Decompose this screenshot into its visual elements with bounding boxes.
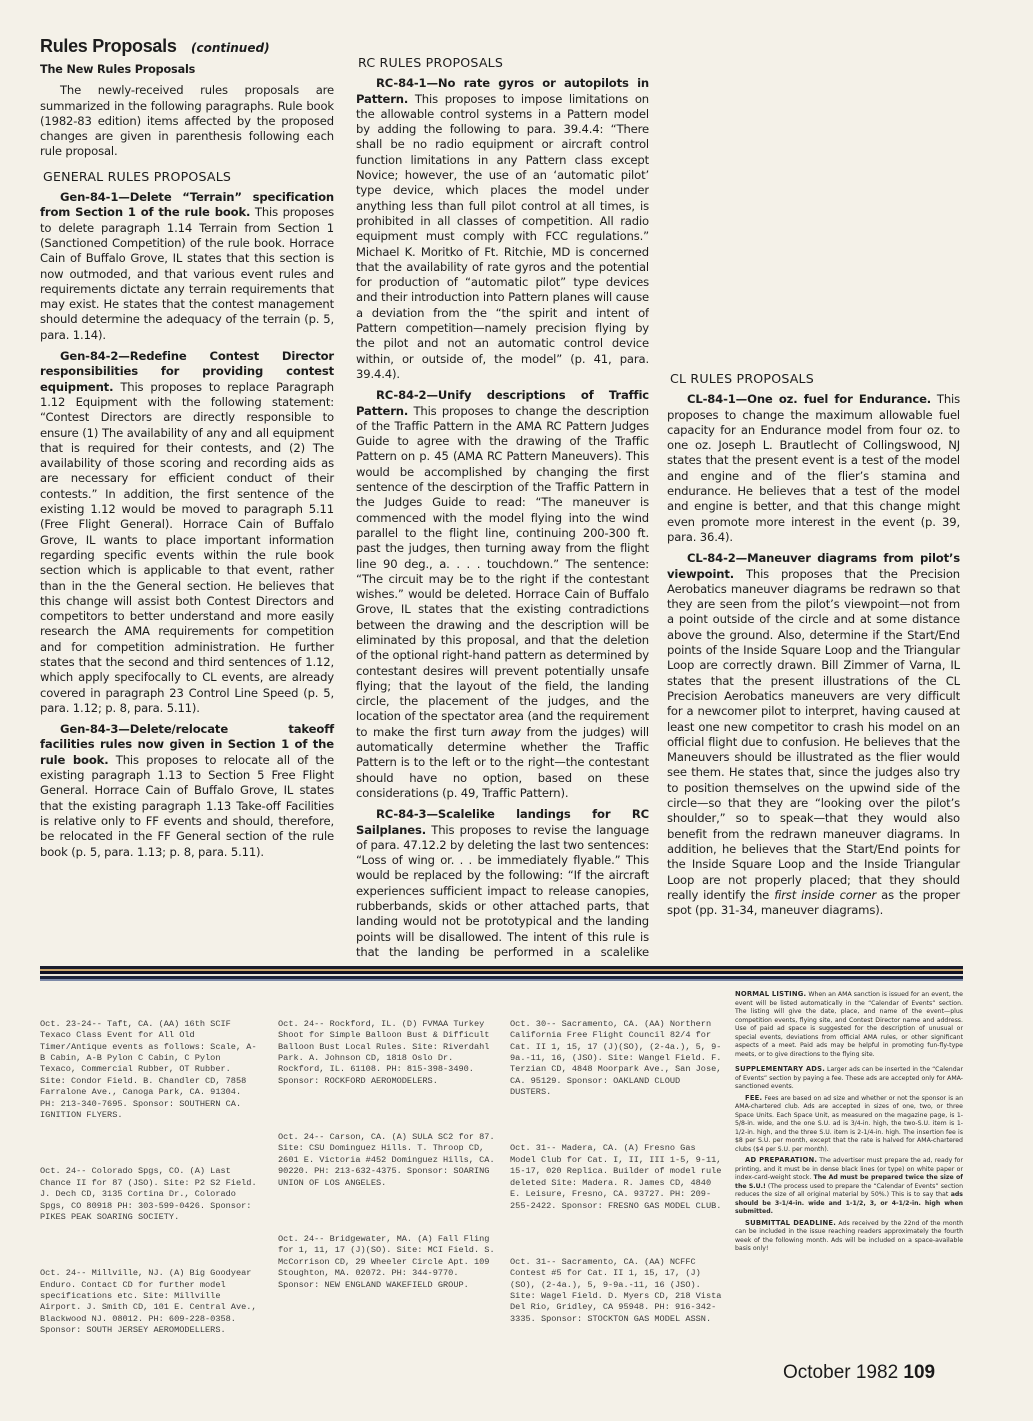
calendar-entry: Oct. 24-- Millville, NJ. (A) Big Goodyea… [40,1268,260,1336]
ad-preparation-lead: AD PREPARATION. [745,1156,817,1164]
proposal-rc-84-1: RC-84-1—No rate gyros or autopilots in P… [356,76,649,382]
intro-subhead: The New Rules Proposals [40,62,334,77]
calendar-entry: Oct. 24-- Carson, CA. (A) SULA SC2 for 8… [278,1132,498,1189]
listing-info: NORMAL LISTING. When an AMA sanction is … [735,990,963,1256]
continued-label: (continued) [191,41,270,55]
proposal-cl-84-2: CL-84-2—Maneuver diagrams from pilot’s v… [667,551,960,918]
calendar-column-2: Oct. 24-- Rockford, IL. (D) FVMAA Turkey… [278,996,498,1324]
proposal-gen-84-2: Gen-84-2—Redefine Contest Director respo… [40,349,334,716]
submittal-deadline-lead: SUBMITTAL DEADLINE. [745,1219,836,1227]
fee-text: Fees are based on ad size and whether or… [735,1095,963,1153]
proposal-body: This proposes that the Precision Aerobat… [667,567,960,902]
proposal-title: CL-84-1—One oz. fuel for Endurance. [687,392,931,406]
proposal-rc-84-3: RC-84-3—Scalelike landings for RC Sailpl… [356,807,649,960]
article-column-2: RC RULES PROPOSALS RC-84-1—No rate gyros… [356,55,649,960]
page-footer: October 1982 109 [783,1362,935,1384]
supplementary-ads-lead: SUPPLEMENTARY ADS. [735,1065,825,1073]
cl-rules-heading: CL RULES PROPOSALS [670,371,960,386]
proposal-gen-84-3: Gen-84-3—Delete/relocate takeoff facilit… [40,722,334,860]
submittal-deadline: SUBMITTAL DEADLINE. Ads received by the … [735,1219,963,1254]
proposal-body: This proposes to delete paragraph 1.14 T… [40,205,334,341]
proposal-body: This proposes to replace Paragraph 1.12 … [40,380,334,715]
proposal-body: This proposes to change the description … [356,404,649,739]
calendar-column-3: Oct. 30-- Sacramento, CA. (AA) Northern … [510,996,725,1359]
calendar-column-1: Oct. 23-24-- Taft, CA. (AA) 16th SCIF Te… [40,996,260,1370]
normal-listing-text: When an AMA sanction is issued for an ev… [735,991,963,1058]
calendar-entry: Oct. 24-- Bridgewater, MA. (A) Fall Flin… [278,1234,498,1291]
article-column-3: CL RULES PROPOSALS CL-84-1—One oz. fuel … [667,362,960,924]
proposal-body: This proposes to impose limitations on t… [356,92,649,381]
section-divider-stripe [40,966,963,980]
proposal-cl-84-1: CL-84-1—One oz. fuel for Endurance. This… [667,392,960,545]
normal-listing: NORMAL LISTING. When an AMA sanction is … [735,990,963,1059]
rc-rules-heading: RC RULES PROPOSALS [358,55,649,70]
article-column-1: The New Rules Proposals The newly-receiv… [40,62,334,866]
page-number: 109 [903,1362,935,1383]
calendar-entry: Oct. 31-- Sacramento, CA. (AA) NCFFC Con… [510,1257,725,1325]
calendar-entry: Oct. 31-- Madera, CA. (A) Fresno Gas Mod… [510,1143,725,1211]
ad-preparation-text-cont: (The process used to prepare the “Calend… [735,1183,963,1199]
proposal-body: This proposes to relocate all of the exi… [40,753,334,859]
general-rules-heading: GENERAL RULES PROPOSALS [43,169,334,184]
page-header: Rules Proposals (continued) [40,36,270,57]
proposal-gen-84-1: Gen-84-1—Delete “Terrain” specification … [40,190,334,343]
ad-preparation: AD PREPARATION. The advertiser must prep… [735,1156,963,1217]
page-title: Rules Proposals [40,36,177,56]
proposal-rc-84-2: RC-84-2—Unify descriptions of Traffic Pa… [356,388,649,801]
calendar-entry: Oct. 30-- Sacramento, CA. (AA) Northern … [510,1019,725,1099]
normal-listing-lead: NORMAL LISTING. [735,990,806,998]
fee-lead: FEE. [745,1094,762,1102]
intro-paragraph: The newly-received rules proposals are s… [40,83,334,159]
fee-info: FEE. Fees are based on ad size and wheth… [735,1094,963,1155]
proposal-emphasis: away [491,725,521,739]
calendar-entry: Oct. 23-24-- Taft, CA. (AA) 16th SCIF Te… [40,1019,260,1122]
supplementary-ads: SUPPLEMENTARY ADS. Larger ads can be ins… [735,1065,963,1092]
issue-date: October 1982 [783,1362,898,1383]
calendar-entry: Oct. 24-- Colorado Spgs, CO. (A) Last Ch… [40,1166,260,1223]
proposal-body: This proposes to revise the language of … [356,823,649,960]
proposal-body: This proposes to change the maximum allo… [667,392,960,544]
calendar-entry: Oct. 24-- Rockford, IL. (D) FVMAA Turkey… [278,1019,498,1087]
proposal-emphasis: first inside corner [774,888,876,902]
